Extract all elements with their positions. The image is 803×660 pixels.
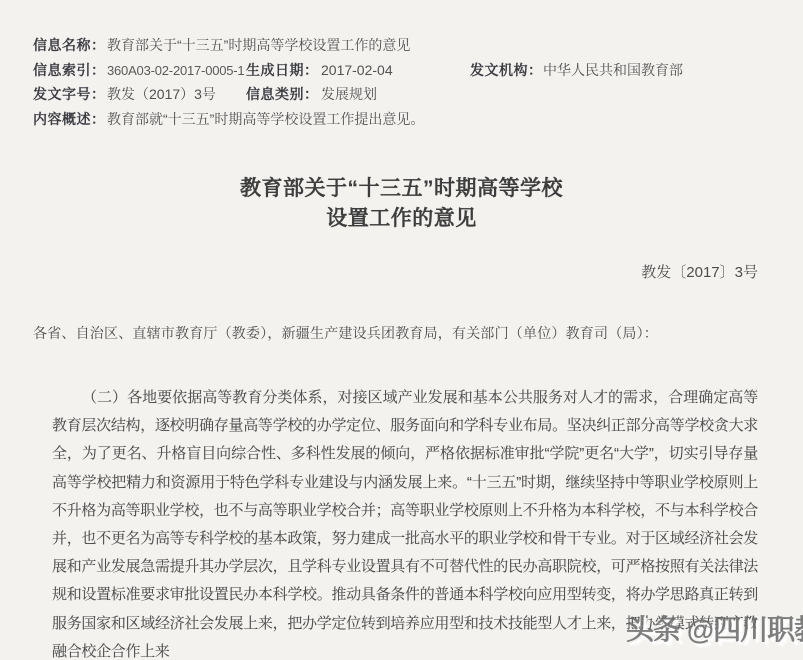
document-title-line1: 教育部关于“十三五”时期高等学校 xyxy=(0,174,803,204)
info-name-value: 教育部关于“十三五”时期高等学校设置工作的意见 xyxy=(107,37,410,54)
document-number: 教发〔2017〕3号 xyxy=(641,261,758,282)
info-index-value: 360A03-02-2017-0005-1 xyxy=(107,62,244,79)
content-summary-label: 内容概述： xyxy=(33,111,106,128)
issuing-agency-value: 中华人民共和国教育部 xyxy=(543,62,683,79)
generate-date-label: 生成日期： xyxy=(246,62,319,79)
document-title: 教育部关于“十三五”时期高等学校 设置工作的意见 xyxy=(0,174,803,234)
info-category-label: 信息类别： xyxy=(246,86,319,103)
document-page: 信息名称： 教育部关于“十三五”时期高等学校设置工作的意见 信息索引： 360A… xyxy=(0,0,803,660)
metadata-row-info-name: 信息名称： 教育部关于“十三五”时期高等学校设置工作的意见 xyxy=(33,37,783,62)
content-summary-value: 教育部就“十三五”时期高等学校设置工作提出意见。 xyxy=(107,111,424,128)
toutiao-watermark: 头条 @四川职教 xyxy=(626,608,803,648)
document-title-line2: 设置工作的意见 xyxy=(0,204,803,234)
addressee-line: 各省、自治区、直辖市教育厅（教委），新疆生产建设兵团教育局，有关部门（单位）教育… xyxy=(33,323,773,343)
metadata-row-summary: 内容概述： 教育部就“十三五”时期高等学校设置工作提出意见。 xyxy=(33,111,783,136)
metadata-table: 信息名称： 教育部关于“十三五”时期高等学校设置工作的意见 信息索引： 360A… xyxy=(33,37,783,135)
issuing-agency-label: 发文机构： xyxy=(470,62,543,79)
metadata-row-docnum-category: 发文字号： 教发（2017）3号 信息类别： 发展规划 xyxy=(33,86,783,111)
info-name-label: 信息名称： xyxy=(33,37,106,54)
metadata-row-index-date-agency: 信息索引： 360A03-02-2017-0005-1 生成日期： 2017-0… xyxy=(33,62,783,87)
doc-symbol-label: 发文字号： xyxy=(33,86,106,103)
doc-symbol-value: 教发（2017）3号 xyxy=(107,86,216,103)
info-category-value: 发展规划 xyxy=(321,86,377,103)
generate-date-value: 2017-02-04 xyxy=(321,62,393,79)
info-index-label: 信息索引： xyxy=(33,62,106,79)
